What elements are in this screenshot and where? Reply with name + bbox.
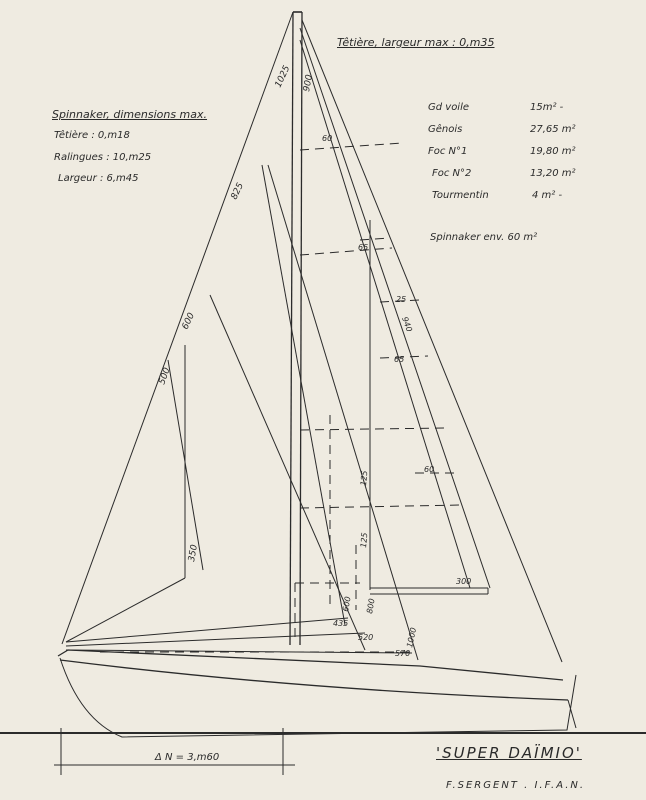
- dim-60-bottom: 60: [424, 465, 434, 474]
- sail-area-value: 13,20 m²: [530, 168, 576, 179]
- sail-area-label: Gd voile: [428, 102, 469, 113]
- dim-60-top: 60: [322, 134, 332, 143]
- sail-area-value: 27,65 m²: [530, 124, 576, 135]
- dim-125-lower: 125: [359, 532, 369, 548]
- dim-435: 435: [333, 619, 348, 628]
- dim-570: 570: [395, 649, 410, 658]
- spinnaker-area: Spinnaker env. 60 m²: [430, 232, 537, 243]
- spinnaker-row: Têtière : 0,m18: [54, 130, 130, 141]
- author-credit: F.SERGENT . I.F.A.N.: [446, 780, 585, 791]
- dim-600-lower: 600: [341, 596, 353, 613]
- dim-350: 350: [187, 544, 200, 563]
- sail-area-value: 4 m² -: [532, 190, 562, 201]
- sail-area-label: Tourmentin: [432, 190, 489, 201]
- dim-125-upper: 125: [359, 470, 369, 486]
- dim-300: 300: [456, 577, 471, 586]
- spinnaker-row: Largeur : 6,m45: [58, 173, 139, 184]
- dim-1025: 1025: [274, 64, 293, 89]
- sail-area-label: Gênois: [428, 124, 462, 135]
- sail-area-label: Foc N°1: [428, 146, 467, 157]
- dim-25: 25: [396, 295, 406, 304]
- dim-900: 900: [302, 74, 315, 93]
- dim-600: 600: [181, 311, 197, 331]
- dim-800: 800: [365, 598, 377, 615]
- headboard-note: Têtière, largeur max : 0,m35: [337, 36, 494, 49]
- dim-825: 825: [230, 181, 246, 201]
- displacement-label: Δ N = 3,m60: [155, 752, 219, 763]
- spinnaker-heading: Spinnaker, dimensions max.: [52, 108, 207, 121]
- drawing-title: 'SUPER DAÏMIO': [436, 744, 582, 762]
- dim-1000: 1000: [405, 627, 418, 649]
- dim-520: 520: [358, 633, 373, 642]
- dim-65-top: 65: [358, 243, 368, 252]
- sail-area-value: 19,80 m²: [530, 146, 576, 157]
- sail-area-value: 15m² -: [530, 102, 563, 113]
- sail-area-label: Foc N°2: [432, 168, 471, 179]
- spinnaker-row: Ralingues : 10,m25: [54, 152, 151, 163]
- dim-65-bottom: 65: [394, 355, 404, 364]
